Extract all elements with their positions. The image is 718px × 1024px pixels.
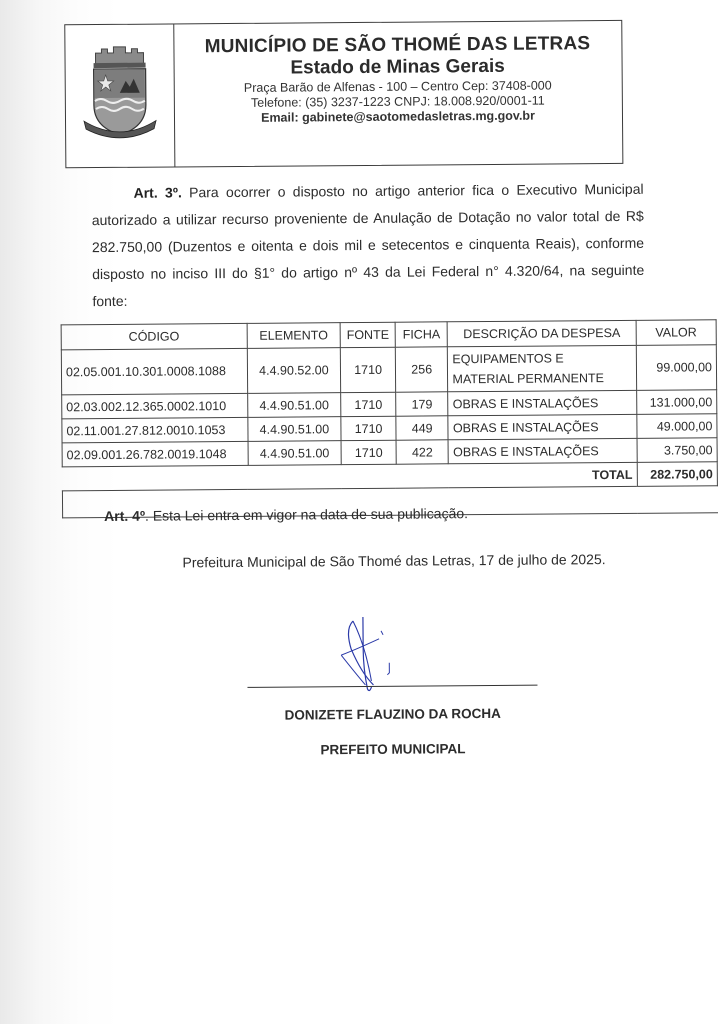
cell-fonte: 1710 [341,416,396,440]
cell-valor: 99.000,00 [636,345,717,391]
cell-valor: 131.000,00 [636,390,716,415]
table-row: 02.05.001.10.301.0008.1088 4.4.90.52.00 … [61,345,716,395]
article-4-text: . Esta Lei entra em vigor na data de sua… [145,505,468,524]
state-subtitle: Estado de Minas Gerais [174,55,622,81]
cell-elemento: 4.4.90.52.00 [247,348,341,394]
logo-cell [65,24,175,167]
cell-fonte: 1710 [341,392,396,416]
article-4-paragraph: Art. 4º. Esta Lei entra em vigor na data… [104,505,468,524]
cell-codigo: 02.05.001.10.301.0008.1088 [61,348,247,394]
article-3-label: Art. 3º. [134,184,182,200]
document-page: MUNICÍPIO DE SÃO THOMÉ DAS LETRAS Estado… [0,0,718,1024]
email: Email: gabinete@saotomedasletras.mg.gov.… [174,108,622,126]
col-ficha: FICHA [395,322,448,347]
cell-valor: 49.000,00 [637,414,717,439]
cell-valor: 3.750,00 [637,438,717,463]
cell-fonte: 1710 [341,440,396,464]
total-value: 282.750,00 [637,462,717,487]
cell-elemento: 4.4.90.51.00 [247,393,341,418]
cell-ficha: 256 [395,347,448,392]
signer-name: DONIZETE FLAUZINO DA ROCHA [248,706,538,723]
signer-role: PREFEITO MUNICIPAL [248,741,538,758]
cell-ficha: 449 [396,416,449,440]
place-and-date: Prefeitura Municipal de São Thomé das Le… [182,551,605,570]
municipality-title: MUNICÍPIO DE SÃO THOMÉ DAS LETRAS [173,33,621,59]
cell-descricao-line-2: MATERIAL PERMANENTE [452,368,631,389]
cell-codigo: 02.03.002.12.365.0002.1010 [62,393,248,418]
col-elemento: ELEMENTO [247,323,341,349]
cell-elemento: 4.4.90.51.00 [248,441,342,466]
col-valor: VALOR [636,320,716,346]
coat-of-arms-icon [81,43,158,144]
letterhead: MUNICÍPIO DE SÃO THOMÉ DAS LETRAS Estado… [64,20,623,168]
cell-elemento: 4.4.90.51.00 [247,417,341,442]
cell-descricao: EQUIPAMENTOS E MATERIAL PERMANENTE [448,345,637,391]
cell-ficha: 422 [396,440,449,464]
cell-ficha: 179 [396,392,449,416]
cell-descricao: OBRAS E INSTALAÇÕES [448,414,636,439]
cell-descricao-line-1: EQUIPAMENTOS E [452,348,631,369]
cell-fonte: 1710 [341,347,396,392]
budget-table: CÓDIGO ELEMENTO FONTE FICHA DESCRIÇÃO DA… [61,319,718,518]
col-fonte: FONTE [340,322,395,347]
col-descricao: DESCRIÇÃO DA DESPESA [448,320,636,346]
article-4-label: Art. 4º [104,508,145,524]
article-3-paragraph: Art. 3º. Para ocorrer o disposto no arti… [91,176,644,315]
cell-codigo: 02.11.001.27.812.0010.1053 [62,417,248,442]
cell-codigo: 02.09.001.26.782.0019.1048 [62,441,248,466]
letterhead-text: MUNICÍPIO DE SÃO THOMÉ DAS LETRAS Estado… [173,31,622,126]
col-codigo: CÓDIGO [61,323,247,349]
cell-descricao: OBRAS E INSTALAÇÕES [448,438,636,463]
cell-descricao: OBRAS E INSTALAÇÕES [448,390,636,415]
handwritten-signature-icon [321,615,422,696]
